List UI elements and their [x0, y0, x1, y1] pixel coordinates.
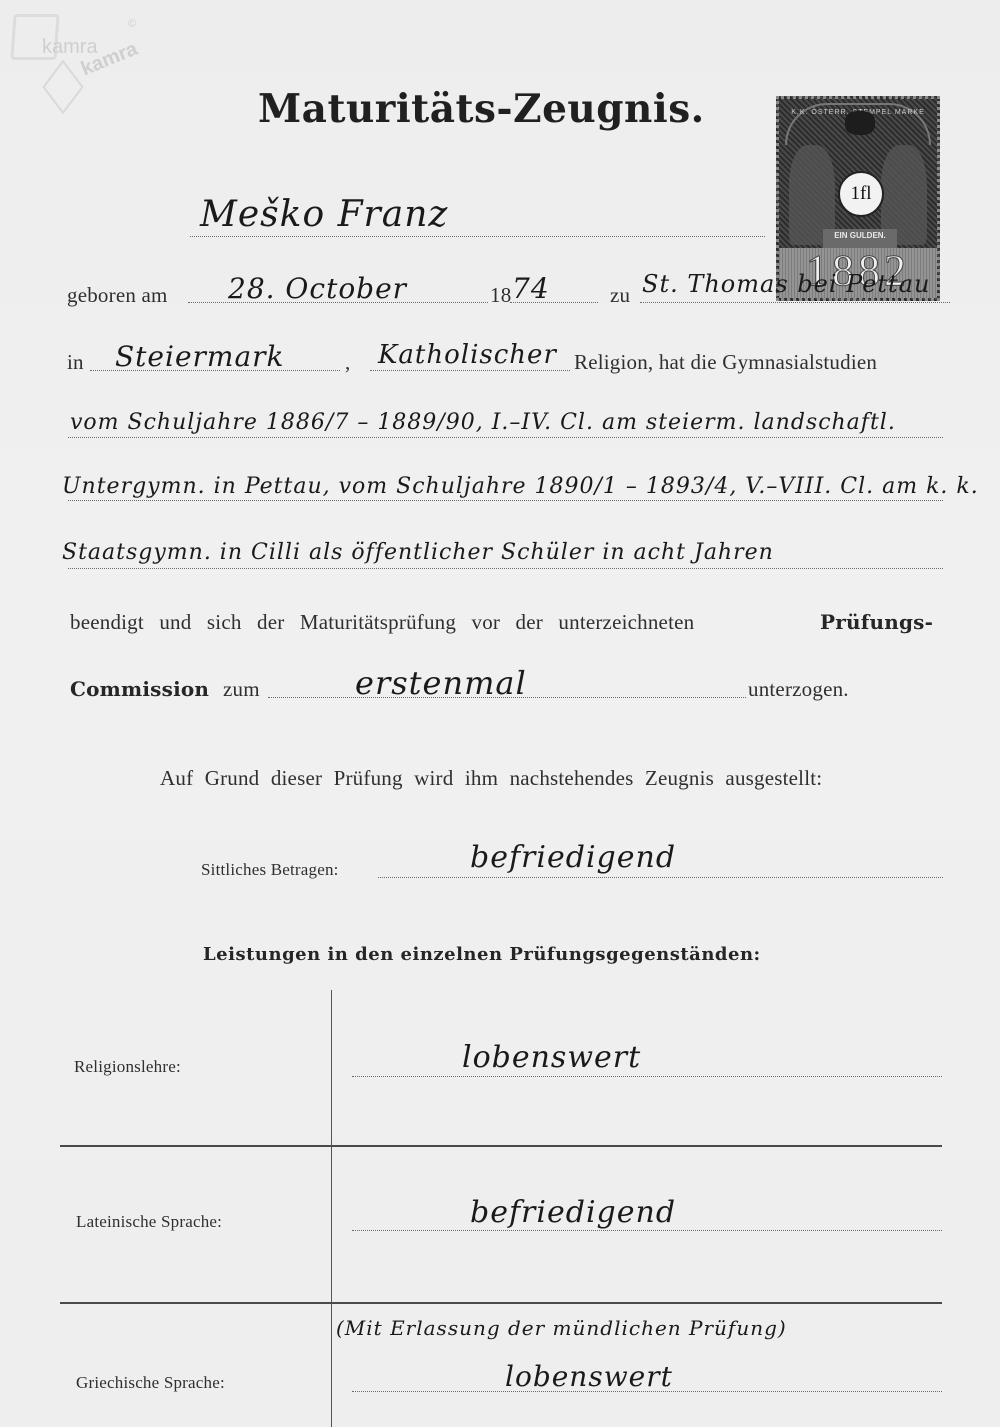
birth-year-dotted-line: [510, 302, 598, 303]
label-born: geboren am: [67, 283, 168, 308]
subject-grade-greek: lobenswert: [505, 1360, 673, 1393]
completion-text: beendigt und sich der Maturitätsprüfung …: [70, 610, 694, 635]
studies-dotted-line-2: [68, 500, 943, 501]
conduct-label: Sittliches Betragen:: [201, 860, 339, 880]
comma: ,: [345, 350, 350, 375]
subject-grade-latin: befriedigend: [470, 1195, 676, 1230]
studies-dotted-line-3: [68, 568, 943, 569]
stamp-value: 1fl: [838, 171, 884, 217]
label-religion: Religion, hat die Gymnasialstudien: [574, 350, 877, 375]
name-dotted-line: [190, 236, 765, 237]
religion: Katholischer: [378, 340, 557, 370]
copyright-icon: ©: [128, 18, 136, 30]
label-in: in: [67, 350, 84, 375]
subjects-heading: Leistungen in den einzelnen Prüfungsgege…: [203, 944, 761, 965]
subject-label-religion: Religionslehre:: [74, 1057, 181, 1077]
studies-line-2: Untergymn. in Pettau, vom Schuljahre 189…: [62, 474, 979, 499]
birth-place: St. Thomas bei Pettau: [642, 270, 930, 298]
label-unterzogen: unterzogen.: [748, 677, 849, 702]
document-title: Maturitäts-Zeugnis.: [258, 86, 705, 132]
verdict-intro: Auf Grund dieser Prüfung wird ihm nachst…: [160, 766, 822, 791]
conduct-value: befriedigend: [470, 840, 676, 875]
subject-note-greek: (Mit Erlassung der mündlichen Prüfung): [336, 1316, 787, 1340]
studies-line-3: Staatsgymn. in Cilli als öffentlicher Sc…: [62, 540, 774, 565]
document-page: kamra kamra © Maturitäts-Zeugnis. K.K. Ö…: [0, 0, 1000, 1427]
label-zum: zum: [223, 677, 260, 702]
region: Steiermark: [115, 340, 285, 373]
subject-row-separator-1: [60, 1145, 942, 1147]
subject-row-separator-2: [60, 1302, 942, 1304]
completion-bold-1: Prüfungs-: [820, 610, 933, 634]
subject-dotted-line-religion: [352, 1076, 942, 1077]
subject-grade-religion: lobenswert: [462, 1040, 641, 1075]
double-eagle-icon: [845, 111, 875, 135]
completion-bold-2: Commission: [70, 677, 209, 701]
birth-year-prefix: 18: [490, 283, 511, 308]
subject-dotted-line-latin: [352, 1230, 942, 1231]
subject-label-latin: Lateinische Sprache:: [76, 1212, 222, 1232]
subject-label-greek: Griechische Sprache:: [76, 1373, 225, 1393]
studies-dotted-line-1: [68, 437, 943, 438]
student-name: Meško Franz: [200, 194, 448, 235]
label-at: zu: [610, 283, 630, 308]
birth-place-dotted-line: [640, 302, 950, 303]
birth-day-month: 28. October: [228, 272, 407, 305]
watermark-cube-icon: [42, 60, 83, 115]
attempt: erstenmal: [355, 664, 527, 702]
conduct-dotted-line: [378, 877, 943, 878]
subjects-column-divider: [331, 990, 332, 1427]
studies-line-1: vom Schuljahre 1886/7 – 1889/90, I.–IV. …: [70, 410, 896, 435]
birth-year-suffix: 74: [512, 272, 550, 305]
religion-dotted-line: [370, 370, 570, 371]
